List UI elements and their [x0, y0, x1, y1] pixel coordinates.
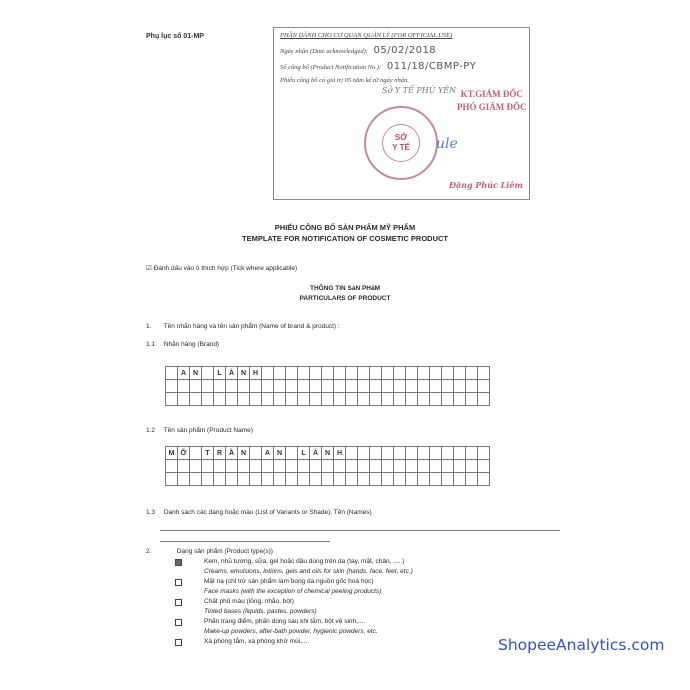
grid-cell[interactable] — [322, 473, 334, 486]
seal-line-1: SỞ — [395, 133, 407, 143]
section-1-heading: 1. Tên nhãn hàng và tên sản phẩm (Name o… — [146, 323, 340, 330]
tick-note: ☑ Đánh dấu vào ô thích hợp (Tick where a… — [146, 264, 297, 272]
product-type-checkbox[interactable] — [175, 579, 182, 586]
grid-cell[interactable] — [310, 380, 322, 393]
grid-cell[interactable] — [226, 460, 238, 473]
grid-cell[interactable] — [370, 473, 382, 486]
grid-cell[interactable]: N — [238, 367, 250, 380]
grid-cell[interactable] — [202, 460, 214, 473]
grid-cell[interactable]: N — [190, 367, 202, 380]
date-acknowledged-value: 05/02/2018 — [374, 45, 437, 56]
product-type-label-vi: Mặt nạ (chỉ trừ sản phẩm làm bong da ngu… — [204, 578, 373, 585]
grid-cell[interactable] — [478, 473, 490, 486]
grid-cell[interactable] — [166, 367, 178, 380]
grid-cell[interactable] — [166, 380, 178, 393]
grid-row — [166, 473, 490, 486]
notification-number-value: 011/18/CBMP-PY — [387, 61, 476, 72]
grid-cell[interactable] — [190, 380, 202, 393]
grid-cell[interactable] — [442, 447, 454, 460]
grid-cell[interactable] — [346, 393, 358, 406]
particulars-heading-vi: THÔNG TIN SảN PHẩM — [0, 285, 690, 292]
notification-number-label: Số công bố (Product Notification No.): — [280, 64, 381, 71]
product-type-checkbox[interactable] — [175, 559, 182, 566]
grid-cell[interactable] — [298, 460, 310, 473]
grid-cell[interactable] — [358, 393, 370, 406]
variants-entry-line[interactable] — [160, 530, 560, 531]
grid-cell[interactable] — [310, 393, 322, 406]
grid-cell[interactable] — [262, 393, 274, 406]
section-label: Danh sách các dạng hoặc màu (List of Var… — [164, 509, 372, 516]
grid-cell[interactable] — [334, 473, 346, 486]
grid-cell[interactable] — [478, 393, 490, 406]
grid-cell[interactable] — [226, 393, 238, 406]
grid-cell[interactable] — [298, 473, 310, 486]
grid-cell[interactable] — [406, 460, 418, 473]
section-1-3-heading: 1.3 Danh sách các dạng hoặc màu (List of… — [146, 509, 372, 516]
grid-cell[interactable] — [454, 460, 466, 473]
grid-cell[interactable]: T — [202, 447, 214, 460]
grid-cell[interactable] — [394, 367, 406, 380]
grid-cell[interactable] — [430, 367, 442, 380]
notification-number-row: Số công bố (Product Notification No.): 0… — [280, 61, 476, 72]
grid-cell[interactable]: Ỡ — [178, 447, 190, 460]
grid-cell[interactable] — [394, 460, 406, 473]
date-acknowledged-row: Ngày nhận (Date acknowledged): 05/02/201… — [280, 45, 436, 56]
grid-cell[interactable] — [454, 380, 466, 393]
grid-cell[interactable] — [166, 460, 178, 473]
grid-cell[interactable] — [178, 393, 190, 406]
grid-cell[interactable] — [274, 460, 286, 473]
grid-cell[interactable] — [262, 473, 274, 486]
grid-cell[interactable] — [478, 447, 490, 460]
grid-cell[interactable] — [406, 473, 418, 486]
date-acknowledged-label: Ngày nhận (Date acknowledged): — [280, 48, 368, 55]
grid-cell[interactable] — [322, 393, 334, 406]
grid-cell[interactable] — [202, 380, 214, 393]
grid-cell[interactable] — [298, 380, 310, 393]
grid-cell[interactable] — [382, 380, 394, 393]
product-type-label-vi: Xà phòng tắm, xà phòng khử mùi,.... — [204, 638, 309, 645]
grid-cell[interactable] — [382, 473, 394, 486]
grid-row: MỠTRẦNANLÀNH — [166, 447, 490, 460]
grid-cell[interactable] — [418, 473, 430, 486]
grid-cell[interactable]: A — [178, 367, 190, 380]
grid-cell[interactable]: N — [322, 447, 334, 460]
section-label: Tên sản phẩm (Product Name) — [164, 427, 253, 434]
product-name-grid[interactable]: MỠTRẦNANLÀNH — [165, 446, 490, 486]
appendix-label: Phụ lục số 01-MP — [146, 33, 204, 40]
watermark: ShopeeAnalytics.com — [498, 636, 664, 654]
grid-cell[interactable] — [334, 460, 346, 473]
grid-cell[interactable] — [466, 447, 478, 460]
grid-cell[interactable]: L — [298, 447, 310, 460]
grid-cell[interactable] — [262, 460, 274, 473]
grid-cell[interactable] — [454, 393, 466, 406]
grid-cell[interactable] — [334, 367, 346, 380]
particulars-heading-en: PARTICULARS OF PRODUCT — [0, 295, 690, 302]
grid-cell[interactable] — [454, 473, 466, 486]
grid-cell[interactable] — [190, 473, 202, 486]
grid-cell[interactable] — [310, 473, 322, 486]
grid-cell[interactable] — [346, 460, 358, 473]
grid-cell[interactable] — [346, 447, 358, 460]
grid-cell[interactable] — [394, 393, 406, 406]
grid-cell[interactable] — [334, 380, 346, 393]
grid-cell[interactable]: A — [262, 447, 274, 460]
grid-cell[interactable]: H — [250, 367, 262, 380]
grid-cell[interactable] — [406, 367, 418, 380]
grid-cell[interactable] — [382, 393, 394, 406]
section-number: 1.3 — [146, 509, 162, 516]
grid-cell[interactable] — [250, 447, 262, 460]
section-label: Tên nhãn hàng và tên sản phẩm (Name of b… — [164, 323, 340, 330]
grid-cell[interactable] — [202, 393, 214, 406]
grid-cell[interactable]: À — [226, 367, 238, 380]
stamp-title-line-2: PHÓ GIÁM ĐỐC — [457, 101, 527, 114]
stamp-title-line-1: KT.GIÁM ĐỐC — [457, 88, 527, 101]
grid-cell[interactable] — [274, 393, 286, 406]
grid-cell[interactable] — [454, 447, 466, 460]
product-type-checkbox[interactable] — [175, 619, 182, 626]
grid-cell[interactable]: R — [214, 447, 226, 460]
grid-row — [166, 393, 490, 406]
grid-cell[interactable] — [406, 380, 418, 393]
grid-cell[interactable] — [370, 380, 382, 393]
grid-cell[interactable] — [478, 380, 490, 393]
grid-row — [166, 380, 490, 393]
grid-cell[interactable] — [430, 447, 442, 460]
grid-cell[interactable]: À — [310, 447, 322, 460]
signature: ule — [436, 136, 458, 152]
grid-cell[interactable] — [190, 460, 202, 473]
grid-cell[interactable] — [274, 380, 286, 393]
grid-cell[interactable] — [202, 473, 214, 486]
grid-cell[interactable] — [394, 473, 406, 486]
section-number: 1. — [146, 323, 162, 330]
grid-cell[interactable] — [430, 460, 442, 473]
product-type-checkbox[interactable] — [175, 639, 182, 646]
grid-cell[interactable] — [358, 460, 370, 473]
grid-cell[interactable] — [418, 447, 430, 460]
grid-cell[interactable] — [358, 447, 370, 460]
grid-cell[interactable] — [250, 473, 262, 486]
grid-cell[interactable] — [322, 367, 334, 380]
grid-cell[interactable] — [406, 447, 418, 460]
grid-cell[interactable] — [298, 393, 310, 406]
section-1-1-heading: 1.1 Nhãn hàng (Brand) — [146, 341, 219, 348]
validity-note: Phiếu công bố có giá trị 05 năm kể từ ng… — [280, 77, 409, 84]
grid-cell[interactable] — [322, 460, 334, 473]
grid-cell[interactable] — [346, 380, 358, 393]
grid-cell[interactable] — [442, 367, 454, 380]
grid-cell[interactable] — [418, 393, 430, 406]
grid-cell[interactable] — [394, 447, 406, 460]
grid-cell[interactable] — [358, 473, 370, 486]
product-type-label-en: Creams, emulsions, lotions, gels and oil… — [204, 568, 413, 575]
grid-cell[interactable] — [298, 367, 310, 380]
section-2-heading: 2. Dạng sản phẩm (Product type(s)) — [146, 548, 273, 555]
grid-cell[interactable] — [466, 393, 478, 406]
grid-cell[interactable] — [430, 393, 442, 406]
grid-cell[interactable] — [274, 473, 286, 486]
grid-cell[interactable] — [454, 367, 466, 380]
grid-cell[interactable] — [178, 460, 190, 473]
stamp-title: KT.GIÁM ĐỐC PHÓ GIÁM ĐỐC — [457, 88, 527, 114]
grid-cell[interactable] — [466, 367, 478, 380]
grid-cell[interactable] — [226, 473, 238, 486]
grid-cell[interactable]: M — [166, 447, 178, 460]
grid-cell[interactable] — [250, 393, 262, 406]
grid-cell[interactable] — [286, 473, 298, 486]
seal-center: SỞ Y TẾ — [382, 124, 420, 162]
official-seal-icon: SỞ Y TẾ — [364, 106, 438, 180]
grid-cell[interactable] — [214, 460, 226, 473]
grid-cell[interactable] — [238, 460, 250, 473]
grid-cell[interactable] — [442, 393, 454, 406]
grid-cell[interactable] — [478, 367, 490, 380]
grid-cell[interactable] — [370, 460, 382, 473]
grid-cell[interactable] — [442, 380, 454, 393]
section-number: 1.2 — [146, 427, 162, 434]
grid-cell[interactable] — [190, 447, 202, 460]
grid-cell[interactable] — [286, 447, 298, 460]
section-number: 1.1 — [146, 341, 162, 348]
section-label: Nhãn hàng (Brand) — [164, 341, 219, 348]
grid-row: ANLÀNH — [166, 367, 490, 380]
variants-entry-line[interactable] — [160, 541, 330, 542]
section-number: 2. — [146, 548, 175, 555]
grid-cell[interactable] — [370, 367, 382, 380]
product-type-checkbox[interactable] — [175, 599, 182, 606]
handwritten-note: Sở Y TẾ PHÚ YÊN — [382, 86, 456, 95]
grid-cell[interactable]: N — [274, 447, 286, 460]
grid-cell[interactable] — [442, 460, 454, 473]
grid-cell[interactable] — [430, 473, 442, 486]
product-type-label-vi: Phấn trang điểm, phấn dùng sau khi tắm, … — [204, 618, 365, 625]
grid-cell[interactable] — [190, 393, 202, 406]
grid-cell[interactable] — [394, 380, 406, 393]
grid-cell[interactable] — [226, 380, 238, 393]
grid-row — [166, 460, 490, 473]
grid-cell[interactable] — [334, 393, 346, 406]
official-use-box: PHẦN DÀNH CHO CƠ QUAN QUẢN LÝ (FOR OFFIC… — [273, 27, 530, 200]
grid-cell[interactable] — [178, 380, 190, 393]
grid-cell[interactable] — [310, 460, 322, 473]
grid-cell[interactable] — [466, 473, 478, 486]
grid-cell[interactable] — [238, 380, 250, 393]
grid-cell[interactable] — [430, 380, 442, 393]
grid-cell[interactable] — [274, 367, 286, 380]
grid-cell[interactable] — [262, 367, 274, 380]
grid-cell[interactable] — [370, 447, 382, 460]
grid-cell[interactable] — [382, 460, 394, 473]
grid-cell[interactable]: N — [238, 447, 250, 460]
grid-cell[interactable] — [202, 367, 214, 380]
product-type-label-en: Tinted bases (liquids, pastes, powders) — [204, 608, 317, 615]
grid-cell[interactable] — [286, 380, 298, 393]
title-english: TEMPLATE FOR NOTIFICATION OF COSMETIC PR… — [0, 234, 690, 243]
grid-cell[interactable] — [166, 473, 178, 486]
grid-cell[interactable] — [346, 473, 358, 486]
grid-cell[interactable] — [214, 393, 226, 406]
grid-cell[interactable] — [418, 380, 430, 393]
grid-cell[interactable] — [262, 380, 274, 393]
grid-cell[interactable] — [466, 460, 478, 473]
grid-cell[interactable] — [238, 473, 250, 486]
grid-cell[interactable] — [442, 473, 454, 486]
product-type-label-en: Make-up powders, after-bath powder, hygi… — [204, 628, 378, 635]
signer-name: Đặng Phúc Liêm — [449, 180, 523, 190]
grid-cell[interactable] — [214, 473, 226, 486]
grid-cell[interactable] — [250, 460, 262, 473]
grid-cell[interactable]: H — [334, 447, 346, 460]
grid-cell[interactable] — [466, 380, 478, 393]
section-1-2-heading: 1.2 Tên sản phẩm (Product Name) — [146, 427, 253, 434]
grid-cell[interactable] — [478, 460, 490, 473]
grid-cell[interactable] — [166, 393, 178, 406]
grid-cell[interactable]: L — [214, 367, 226, 380]
grid-cell[interactable] — [238, 393, 250, 406]
grid-cell[interactable] — [346, 367, 358, 380]
grid-cell[interactable] — [370, 393, 382, 406]
grid-cell[interactable] — [178, 473, 190, 486]
product-type-label-vi: Kem, nhũ tương, sữa, gel hoặc dầu dùng t… — [204, 558, 404, 565]
grid-cell[interactable] — [286, 367, 298, 380]
section-label: Dạng sản phẩm (Product type(s)) — [177, 548, 273, 555]
grid-cell[interactable] — [418, 367, 430, 380]
grid-cell[interactable] — [286, 393, 298, 406]
grid-cell[interactable] — [322, 380, 334, 393]
product-type-label-en: Face masks (with the exception of chemic… — [204, 588, 381, 595]
official-use-header: PHẦN DÀNH CHO CƠ QUAN QUẢN LÝ (FOR OFFIC… — [280, 32, 452, 39]
title-vietnamese: PHIẾU CÔNG BỐ SẢN PHẨM MỸ PHẨM — [0, 223, 690, 232]
grid-cell[interactable] — [358, 367, 370, 380]
grid-cell[interactable]: Ầ — [226, 447, 238, 460]
grid-cell[interactable] — [214, 380, 226, 393]
seal-line-2: Y TẾ — [392, 143, 410, 153]
grid-cell[interactable] — [406, 393, 418, 406]
grid-cell[interactable] — [310, 367, 322, 380]
brand-name-grid[interactable]: ANLÀNH — [165, 366, 490, 406]
grid-cell[interactable] — [382, 367, 394, 380]
grid-cell[interactable] — [286, 460, 298, 473]
grid-cell[interactable] — [250, 380, 262, 393]
product-type-label-vi: Chất phủ màu (lỏng, nhão, bột) — [204, 598, 294, 605]
grid-cell[interactable] — [382, 447, 394, 460]
grid-cell[interactable] — [358, 380, 370, 393]
grid-cell[interactable] — [418, 460, 430, 473]
